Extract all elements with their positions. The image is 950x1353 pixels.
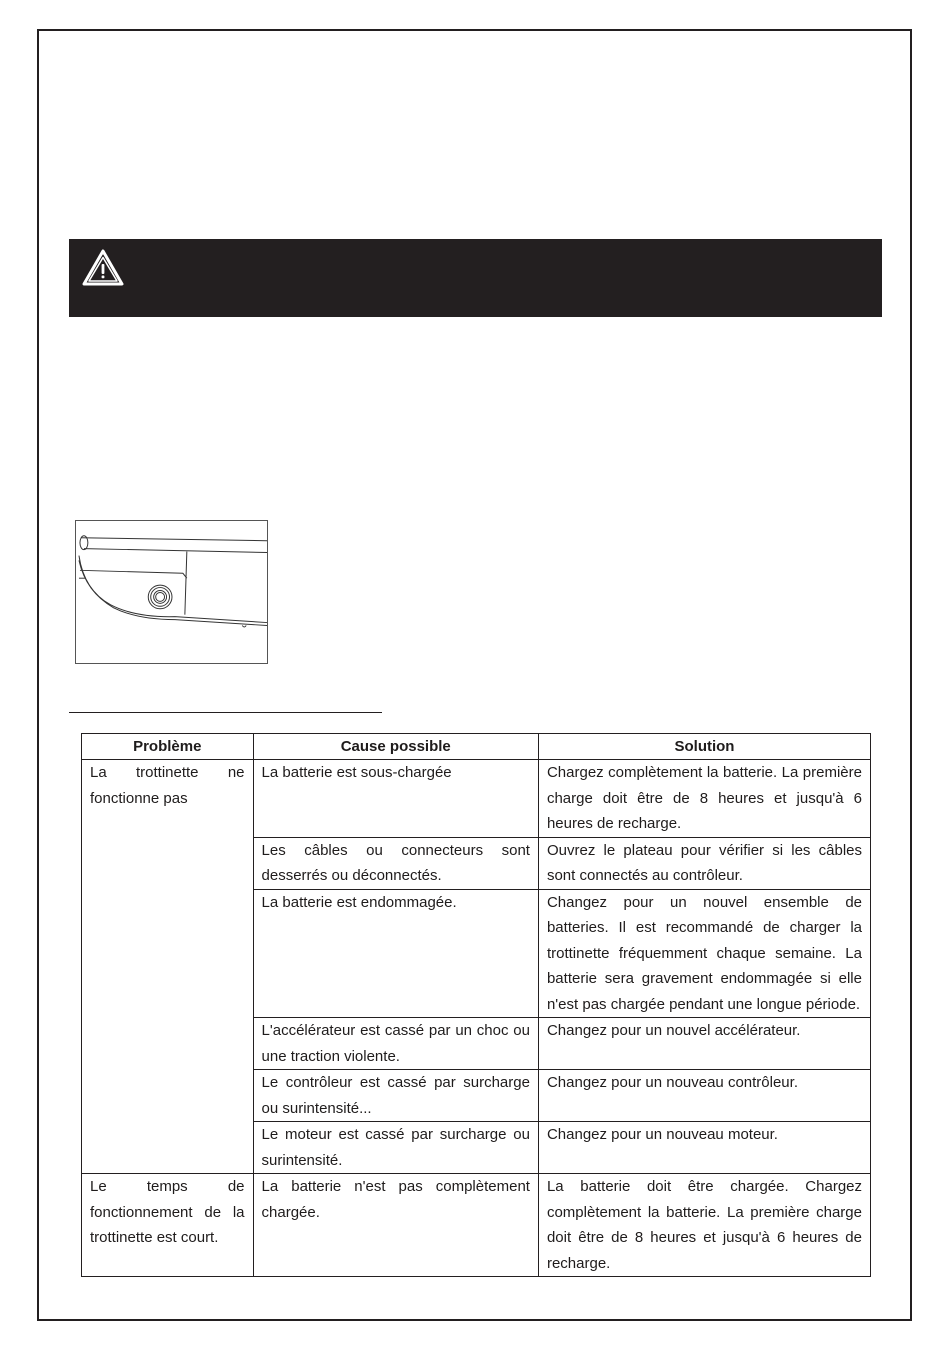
header-cause: Cause possible [253,734,538,760]
cause-cell: L'accélérateur est cassé par un choc ou … [253,1018,538,1070]
warning-banner [69,239,882,317]
troubleshooting-table: Problème Cause possible Solution La trot… [81,733,871,1277]
cause-cell: Le moteur est cassé par surcharge ou sur… [253,1122,538,1174]
solution-cell: Changez pour un nouveau contrôleur. [538,1070,870,1122]
solution-cell: Changez pour un nouveau moteur. [538,1122,870,1174]
problem-cell: Le temps de fonctionnement de la trottin… [82,1174,254,1277]
cause-cell: Les câbles ou connecteurs sont desserrés… [253,837,538,889]
solution-cell: Ouvrez le plateau pour vérifier si les c… [538,837,870,889]
charging-port-illustration [75,520,268,664]
section-divider [69,712,382,713]
header-solution: Solution [538,734,870,760]
table-header-row: Problème Cause possible Solution [82,734,871,760]
cause-cell: La batterie est endommagée. [253,889,538,1018]
problem-cell: La trottinette ne fonctionne pas [82,760,254,1174]
table-row: Le temps de fonctionnement de la trottin… [82,1174,871,1277]
solution-cell: La batterie doit être chargée. Chargez c… [538,1174,870,1277]
cause-cell: La batterie est sous-chargée [253,760,538,838]
solution-cell: Chargez complètement la batterie. La pre… [538,760,870,838]
header-problem: Problème [82,734,254,760]
table-row: La trottinette ne fonctionne pas La batt… [82,760,871,838]
cause-cell: La batterie n'est pas complètement charg… [253,1174,538,1277]
cause-cell: Le contrôleur est cassé par surcharge ou… [253,1070,538,1122]
warning-triangle-icon [82,249,124,287]
solution-cell: Changez pour un nouvel accélérateur. [538,1018,870,1070]
solution-cell: Changez pour un nouvel ensemble de batte… [538,889,870,1018]
